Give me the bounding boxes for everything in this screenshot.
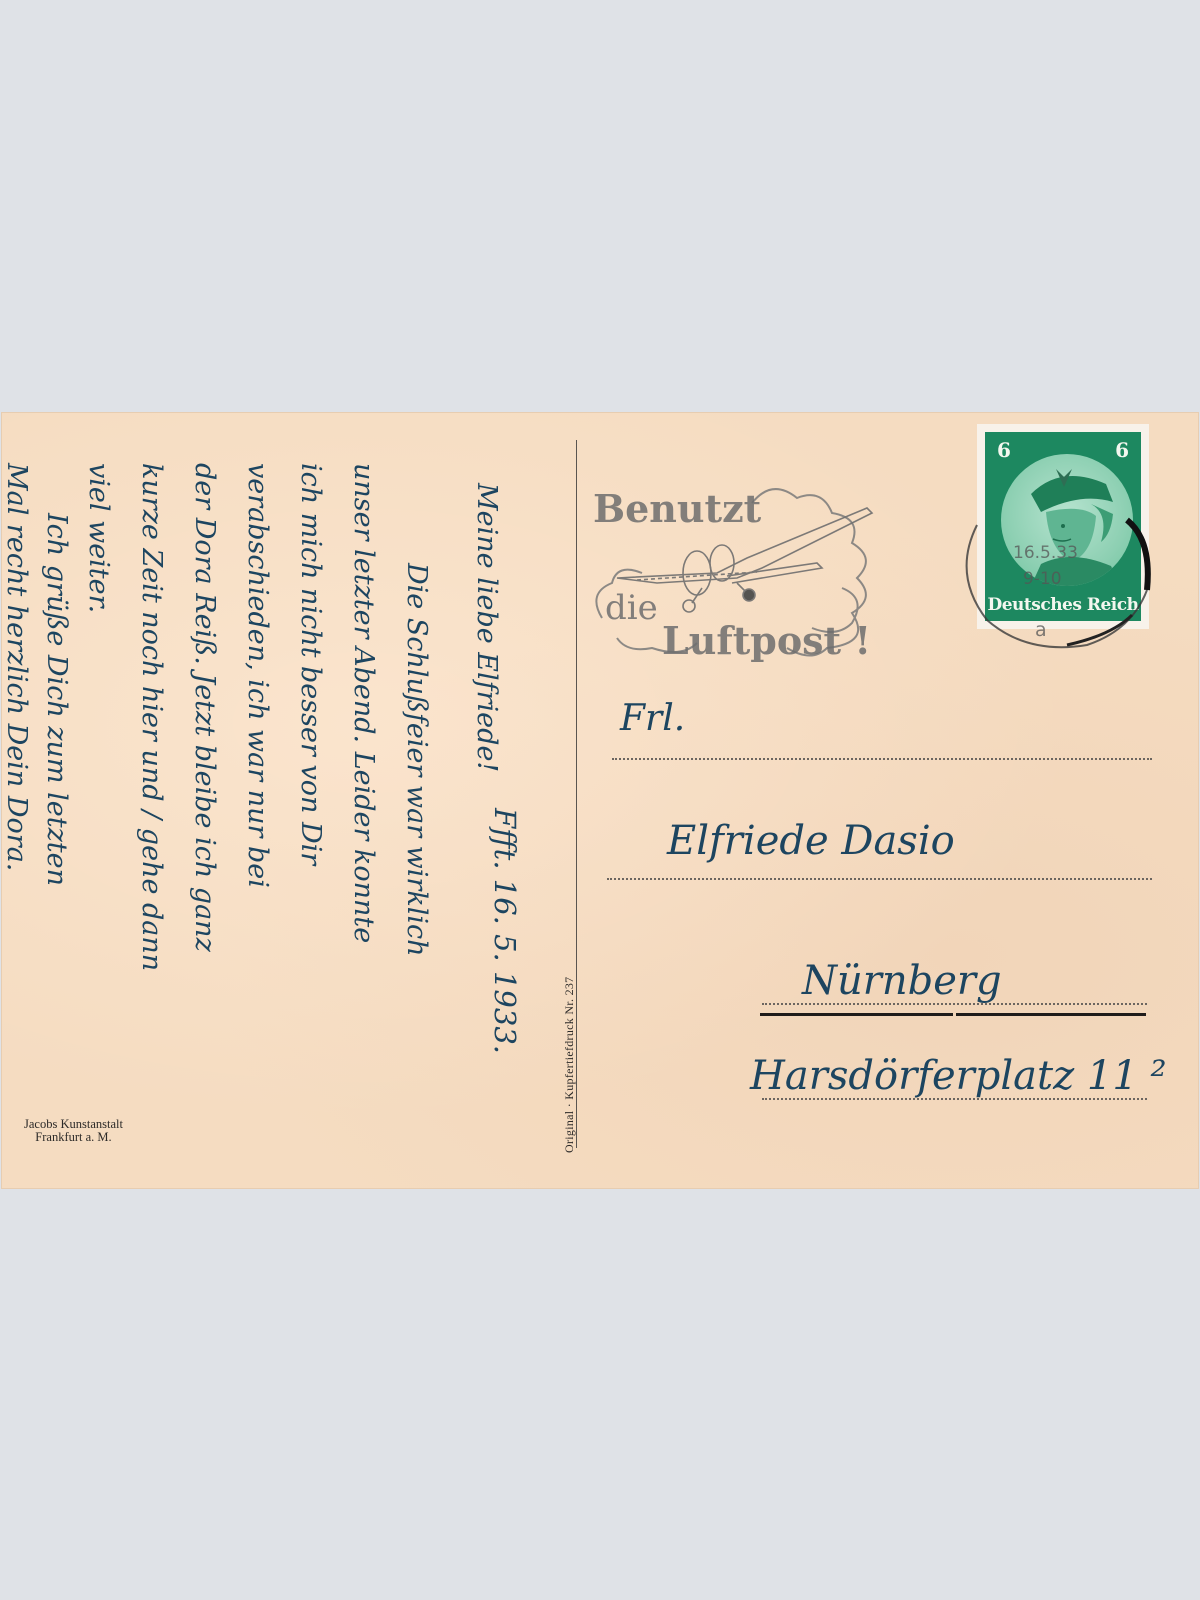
printer-imprint: Original · Kupfertiefdruck Nr. 237 [562,977,577,1153]
stamp-value-right: 6 [1115,438,1129,462]
letter-line: Ich grüße Dich zum letzten [41,513,72,886]
stamp-frame: 6 6 Deutsches Reich [985,432,1141,621]
postage-stamp: 6 6 Deutsches Reich [977,424,1149,629]
slogan-line-benutzt: Benutzt [593,486,761,531]
address-name: Elfriede Dasio [667,818,955,864]
tricorn-hat-portrait-icon [1001,454,1133,586]
slogan-line-luftpost: Luftpost ! [662,618,871,663]
letter-greeting: Meine liebe Elfriede! [471,483,502,772]
address-street: Harsdörferplatz 11 ² [750,1053,1167,1099]
address-dotted-line [762,1003,1147,1005]
address-dotted-line [612,758,1152,760]
postcard: Original · Kupfertiefdruck Nr. 237 Jacob… [2,413,1198,1188]
letter-date: Ffft. 16. 5. 1933. [488,808,522,1054]
letter-line: verabschieden, ich war nur bei [242,463,273,888]
letter-line: ich mich nicht besser von Dir [295,463,326,865]
stamp-country: Deutsches Reich [985,595,1141,615]
address-city: Nürnberg [802,958,1002,1004]
letter-line: Die Schlußfeier war wirklich [401,563,432,956]
city-underline-left [760,1013,953,1016]
address-dotted-line [607,878,1152,880]
letter-line: viel weiter. [83,463,114,613]
address-dotted-line [762,1098,1147,1100]
luftpost-slogan-cancel: Benutzt die Luftpost ! [587,468,887,658]
letter-line: unser letzter Abend. Leider konnte [348,463,379,943]
slogan-line-die: die [605,588,658,628]
address-salutation: Frl. [620,698,685,739]
letter-line: Mal recht herzlich Dein Dora. [1,463,32,871]
city-underline-right [956,1013,1146,1016]
letter-line: der Dora Reiß. Jetzt bleibe ich ganz [189,463,220,952]
letter-line: kurze Zeit noch hier und / gehe dann [136,463,167,971]
stamp-value-left: 6 [997,438,1011,462]
handwritten-message: Meine liebe Elfriede! Ffft. 16. 5. 1933.… [12,433,502,1173]
